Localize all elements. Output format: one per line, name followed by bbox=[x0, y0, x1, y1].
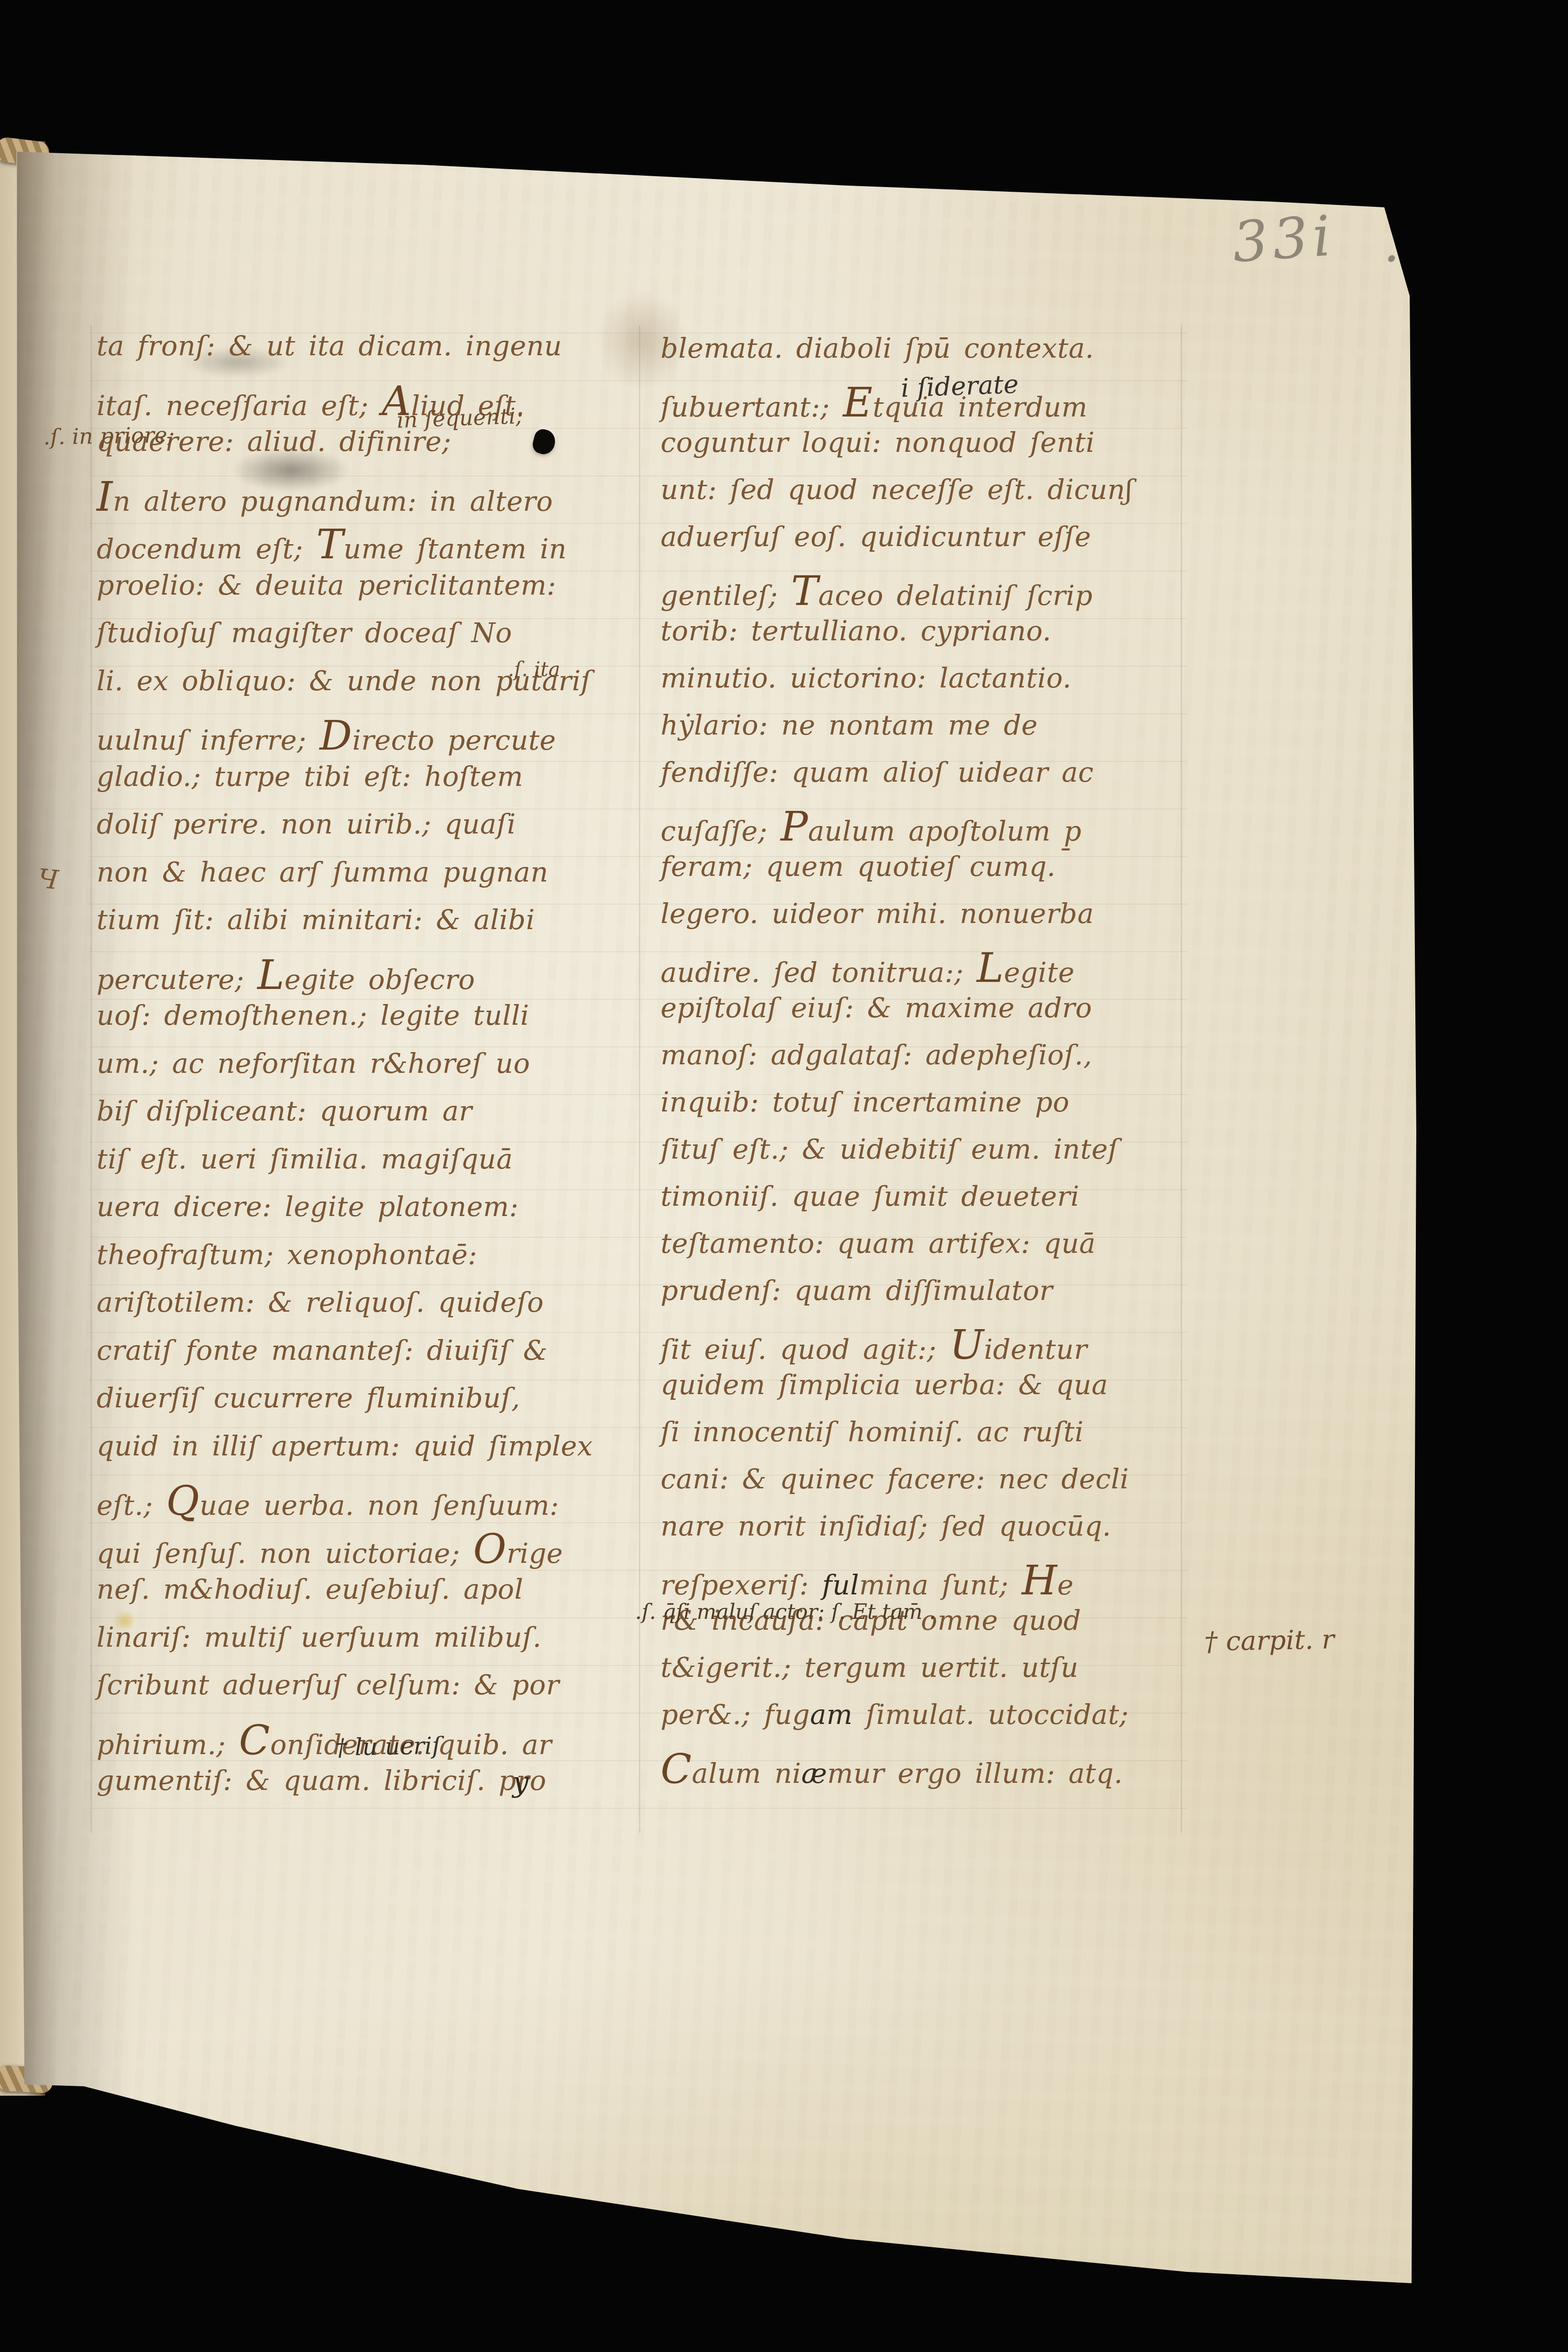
text-line: diuerſiſ cucurrere fluminibuſ, bbox=[97, 1382, 657, 1430]
text-line: eſt.; Quae uerba. non ſenſuum: bbox=[97, 1478, 657, 1526]
initial-letter: I bbox=[97, 474, 113, 521]
text-line: proelio: & deuita periclitantem: bbox=[97, 569, 657, 617]
text-line: fendiſſe: quam alioſ uidear ac bbox=[661, 756, 1221, 803]
photo-backdrop: { "style": { "backdrop_color": "#060505"… bbox=[0, 0, 1568, 2352]
text-segment: audire. ſed tonitrua:; bbox=[661, 956, 977, 988]
text-segment: tiſ eſt. ueri ſimilia. magiſquā bbox=[97, 1143, 513, 1175]
text-segment: tium ſit: alibi minitari: & alibi bbox=[97, 904, 535, 936]
text-line: reſpexeriſ: fulmina ſunt; He bbox=[661, 1557, 1221, 1604]
text-line: prudenſ: quam diſſimulator bbox=[661, 1274, 1221, 1322]
text-line: aduerſuſ eoſ. quidicuntur eſſe bbox=[661, 521, 1221, 568]
text-segment: egite obſecro bbox=[285, 964, 475, 996]
text-line: neſ. m&hodiuſ. euſebiuſ. apol bbox=[97, 1573, 657, 1621]
text-segment: t&igerit.; tergum uertit. utſu bbox=[661, 1651, 1078, 1683]
text-line: minutio. uictorino: lactantio. bbox=[661, 662, 1221, 709]
text-line: torib: tertulliano. cypriano. bbox=[661, 615, 1221, 662]
text-segment: uae uerba. non ſenſuum: bbox=[200, 1489, 559, 1521]
text-segment: itaſ. neceſſaria eſt; bbox=[97, 390, 382, 422]
text-segment: alum ni bbox=[692, 1757, 801, 1789]
initial-letter: Q bbox=[166, 1478, 200, 1525]
text-line: t&igerit.; tergum uertit. utſu bbox=[661, 1651, 1221, 1699]
initial-letter: L bbox=[977, 945, 1004, 992]
text-line: quaerere: aliud. difinire; bbox=[97, 425, 657, 474]
text-segment: n altero pugnandum: in altero bbox=[113, 485, 553, 517]
margin-quire-mark: Ч bbox=[36, 863, 60, 896]
initial-letter: L bbox=[257, 952, 285, 999]
text-segment: docendum eſt; bbox=[97, 533, 316, 565]
text-segment: mina ſunt; bbox=[859, 1569, 1022, 1601]
initial-letter: P bbox=[781, 803, 808, 850]
text-column-right: blemata. diaboli ſpū contexta.ſubuertant… bbox=[661, 332, 1221, 1793]
text-line: legero. uideor mihi. nonuerba bbox=[661, 898, 1221, 945]
text-line: li. ex obliquo: & unde non putariſ bbox=[97, 665, 657, 713]
text-segment: percutere; bbox=[97, 964, 257, 996]
text-segment: per&.; fug bbox=[661, 1699, 810, 1731]
text-segment: manoſ: adgalataſ: adepheſioſ., bbox=[661, 1039, 1092, 1071]
text-line: doliſ perire. non uirib.; quaſi bbox=[97, 808, 657, 856]
text-segment: teſtamento: quam artifex: quā bbox=[661, 1227, 1096, 1259]
text-line: gentileſ; Taceo delatiniſ ſcrip bbox=[661, 568, 1221, 615]
dark-correction: ful bbox=[822, 1569, 859, 1601]
text-segment: aceo delatiniſ ſcrip bbox=[818, 580, 1093, 612]
text-segment: gumentiſ: & quam. libriciſ. pro bbox=[97, 1764, 547, 1797]
text-line: ſcribunt aduerſuſ celſum: & por bbox=[97, 1669, 657, 1717]
text-line: percutere; Legite obſecro bbox=[97, 952, 657, 1000]
parchment-page: 33i ta fronſ: & ut ita dicam. ingenuitaſ… bbox=[0, 0, 1568, 2352]
text-line: qui ſenſuſ. non uictoriae; Orige bbox=[97, 1526, 657, 1574]
text-segment: blemata. diaboli ſpū contexta. bbox=[661, 332, 1094, 364]
text-segment: egite bbox=[1004, 956, 1075, 988]
text-segment: epiſtolaſ eiuſ: & maxime adro bbox=[661, 992, 1092, 1024]
text-segment: cratiſ fonte mananteſ: diuiſiſ & bbox=[97, 1334, 547, 1366]
text-line: per&.; fugam ſimulat. utoccidat; bbox=[661, 1699, 1221, 1746]
note-in-sequenti: in ſequenti; bbox=[396, 403, 523, 433]
text-line: cani: & quinec facere: nec decli bbox=[661, 1463, 1221, 1510]
initial-letter: U bbox=[949, 1322, 984, 1369]
text-line: ſtudioſuſ magiſter doceaſ No bbox=[97, 617, 657, 665]
text-line: quid in illiſ apertum: quid ſimplex bbox=[97, 1430, 657, 1478]
text-segment: quid in illiſ apertum: quid ſimplex bbox=[97, 1430, 593, 1462]
note-in-priore: .ſ. in priore; bbox=[43, 422, 175, 450]
text-line: unt: ſed quod neceſſe eſt. dicunʃ bbox=[661, 474, 1221, 521]
text-line: In altero pugnandum: in altero bbox=[97, 474, 657, 522]
text-segment: ſcribunt aduerſuſ celſum: & por bbox=[97, 1669, 559, 1701]
text-segment: mur ergo illum: atq. bbox=[827, 1757, 1123, 1789]
text-segment: cuſaſſe; bbox=[661, 815, 781, 847]
text-segment: torib: tertulliano. cypriano. bbox=[661, 615, 1051, 647]
text-segment: gentileſ; bbox=[661, 580, 791, 612]
note-y-mark: y bbox=[513, 1766, 529, 1799]
text-line: um.; ac neforſitan r&horeſ uo bbox=[97, 1047, 657, 1095]
text-segment: uulnuſ inferre; bbox=[97, 724, 319, 756]
text-line: ſituſ eſt.; & uidebitiſ eum. inteſ bbox=[661, 1133, 1221, 1180]
text-line: tium ſit: alibi minitari: & alibi bbox=[97, 904, 657, 952]
text-line: ſi innocentiſ hominiſ. ac ruſti bbox=[661, 1416, 1221, 1463]
text-segment: ſituſ eſt.; & uidebitiſ eum. inteſ bbox=[661, 1133, 1119, 1165]
text-segment: doliſ perire. non uirib.; quaſi bbox=[97, 808, 516, 840]
text-line: docendum eſt; Tume ſtantem in bbox=[97, 521, 657, 569]
text-segment: qui ſenſuſ. non uictoriae; bbox=[97, 1537, 473, 1569]
stain bbox=[999, 9, 1253, 141]
note-quasi-malus: .ſ. q̄ſi maluſ actor: ſ. Et tam̄ . bbox=[635, 1600, 936, 1624]
text-segment: cani: & quinec facere: nec decli bbox=[661, 1463, 1129, 1495]
text-line: itaſ. neceſſaria eſt; Aliud eſt. bbox=[97, 378, 657, 426]
text-line: inquib: totuſ incertamine po bbox=[661, 1086, 1221, 1133]
text-segment: reſpexeriſ: bbox=[661, 1569, 822, 1601]
text-line: ariſtotilem: & reliquoſ. quideſo bbox=[97, 1286, 657, 1334]
text-segment: aduerſuſ eoſ. quidicuntur eſſe bbox=[661, 521, 1091, 553]
text-segment: ſubuertant:; bbox=[661, 391, 843, 423]
text-line: coguntur loqui: nonquod ſenti bbox=[661, 426, 1221, 474]
text-segment: irecto percute bbox=[352, 724, 556, 756]
text-line: quidem ſimplicia uerba: & qua bbox=[661, 1369, 1221, 1416]
folio-dot: . bbox=[1383, 213, 1400, 273]
text-segment: proelio: & deuita periclitantem: bbox=[97, 569, 556, 601]
text-segment: unt: ſed quod neceſſe eſt. dicunʃ bbox=[661, 474, 1133, 506]
text-segment: hẏlario: ne nontam me de bbox=[661, 709, 1038, 741]
text-segment: legero. uideor mihi. nonuerba bbox=[661, 898, 1094, 930]
text-segment: minutio. uictorino: lactantio. bbox=[661, 662, 1071, 694]
initial-letter: D bbox=[319, 712, 352, 759]
text-segment: identur bbox=[984, 1333, 1087, 1365]
text-line: theofraſtum; xenophontaē: bbox=[97, 1239, 657, 1287]
text-segment: uera dicere: legite platonem: bbox=[97, 1191, 519, 1223]
note-lu-ucris: † lu ucriſ bbox=[335, 1732, 441, 1761]
text-segment: timoniiſ. quae ſumit deueteri bbox=[661, 1180, 1079, 1212]
text-segment: e bbox=[1057, 1569, 1074, 1601]
text-line: linariſ: multiſ uerſuum milibuſ. bbox=[97, 1621, 657, 1669]
initial-letter: T bbox=[791, 568, 818, 615]
text-segment: nare norit inſidiaſ; ſed quocūq. bbox=[661, 1510, 1111, 1542]
text-line: manoſ: adgalataſ: adepheſioſ., bbox=[661, 1039, 1221, 1086]
dark-correction: am bbox=[810, 1699, 853, 1731]
text-line: gladio.; turpe tibi eſt: hoſtem bbox=[97, 760, 657, 808]
text-line: feram; quem quotieſ cumq. bbox=[661, 850, 1221, 898]
folio-number: 33i bbox=[1230, 203, 1337, 275]
text-segment: gladio.; turpe tibi eſt: hoſtem bbox=[97, 760, 523, 792]
text-segment: theofraſtum; xenophontaē: bbox=[97, 1239, 477, 1271]
text-line: tiſ eſt. ueri ſimilia. magiſquā bbox=[97, 1143, 657, 1191]
text-segment: ume ſtantem in bbox=[343, 533, 567, 565]
text-line: audire. ſed tonitrua:; Legite bbox=[661, 945, 1221, 992]
initial-letter: O bbox=[473, 1526, 506, 1573]
text-segment: ſit eiuſ. quod agit:; bbox=[661, 1333, 949, 1365]
initial-letter: C bbox=[661, 1746, 692, 1793]
initial-letter: E bbox=[843, 379, 873, 426]
text-line: non & haec arſ ſumma pugnan bbox=[97, 856, 657, 904]
text-segment: diuerſiſ cucurrere fluminibuſ, bbox=[97, 1382, 520, 1414]
note-s-ita: .ſ. ita bbox=[508, 658, 560, 681]
text-segment: rige bbox=[506, 1537, 563, 1569]
text-segment: neſ. m&hodiuſ. euſebiuſ. apol bbox=[97, 1573, 523, 1605]
dark-correction: æ bbox=[801, 1757, 827, 1789]
text-segment: ſi innocentiſ hominiſ. ac ruſti bbox=[661, 1416, 1084, 1448]
text-line: Calum niæmur ergo illum: atq. bbox=[661, 1746, 1221, 1793]
note-carpit: † carpit. r bbox=[1204, 1625, 1334, 1658]
text-line: ſit eiuſ. quod agit:; Uidentur bbox=[661, 1322, 1221, 1369]
text-line: teſtamento: quam artifex: quā bbox=[661, 1227, 1221, 1274]
text-line: epiſtolaſ eiuſ: & maxime adro bbox=[661, 992, 1221, 1039]
text-line: ta fronſ: & ut ita dicam. ingenu bbox=[97, 330, 657, 378]
text-line: uera dicere: legite platonem: bbox=[97, 1191, 657, 1239]
note-considerate: i ſiderate bbox=[900, 369, 1019, 403]
text-segment: phirium.; bbox=[97, 1729, 239, 1761]
text-segment: uoſ: demoſthenen.; legite tulli bbox=[97, 999, 529, 1031]
text-segment: coguntur loqui: nonquod ſenti bbox=[661, 426, 1095, 458]
text-segment: prudenſ: quam diſſimulator bbox=[661, 1274, 1053, 1307]
text-segment: linariſ: multiſ uerſuum milibuſ. bbox=[97, 1621, 541, 1653]
text-segment: feram; quem quotieſ cumq. bbox=[661, 850, 1056, 882]
initial-letter: T bbox=[316, 521, 343, 568]
text-line: timoniiſ. quae ſumit deueteri bbox=[661, 1180, 1221, 1227]
text-segment: ariſtotilem: & reliquoſ. quideſo bbox=[97, 1286, 544, 1318]
initial-letter: H bbox=[1022, 1557, 1058, 1604]
text-segment: inquib: totuſ incertamine po bbox=[661, 1086, 1070, 1118]
text-line: hẏlario: ne nontam me de bbox=[661, 709, 1221, 756]
text-line: nare norit inſidiaſ; ſed quocūq. bbox=[661, 1510, 1221, 1557]
text-line: uoſ: demoſthenen.; legite tulli bbox=[97, 999, 657, 1047]
text-segment: eſt.; bbox=[97, 1489, 166, 1521]
text-line: biſ diſpliceant: quorum ar bbox=[97, 1095, 657, 1143]
text-segment: quidem ſimplicia uerba: & qua bbox=[661, 1369, 1108, 1401]
text-segment: biſ diſpliceant: quorum ar bbox=[97, 1095, 472, 1127]
text-line: cratiſ fonte mananteſ: diuiſiſ & bbox=[97, 1334, 657, 1382]
text-segment: fendiſſe: quam alioſ uidear ac bbox=[661, 756, 1094, 788]
text-line: uulnuſ inferre; Directo percute bbox=[97, 712, 657, 760]
text-line: gumentiſ: & quam. libriciſ. pro bbox=[97, 1764, 657, 1813]
text-segment: non & haec arſ ſumma pugnan bbox=[97, 856, 548, 888]
ruling-vertical-left bbox=[90, 325, 92, 1833]
text-segment: ſimulat. utoccidat; bbox=[853, 1699, 1129, 1731]
text-line: cuſaſſe; Paulum apoſtolum p̱ bbox=[661, 803, 1221, 850]
text-segment: ta fronſ: & ut ita dicam. ingenu bbox=[97, 330, 562, 362]
text-segment: aulum apoſtolum p̱ bbox=[808, 815, 1082, 847]
initial-letter: C bbox=[239, 1717, 270, 1764]
text-column-left: ta fronſ: & ut ita dicam. ingenuitaſ. ne… bbox=[97, 330, 657, 1813]
text-segment: ſtudioſuſ magiſter doceaſ No bbox=[97, 617, 512, 649]
text-segment: um.; ac neforſitan r&horeſ uo bbox=[97, 1047, 530, 1079]
